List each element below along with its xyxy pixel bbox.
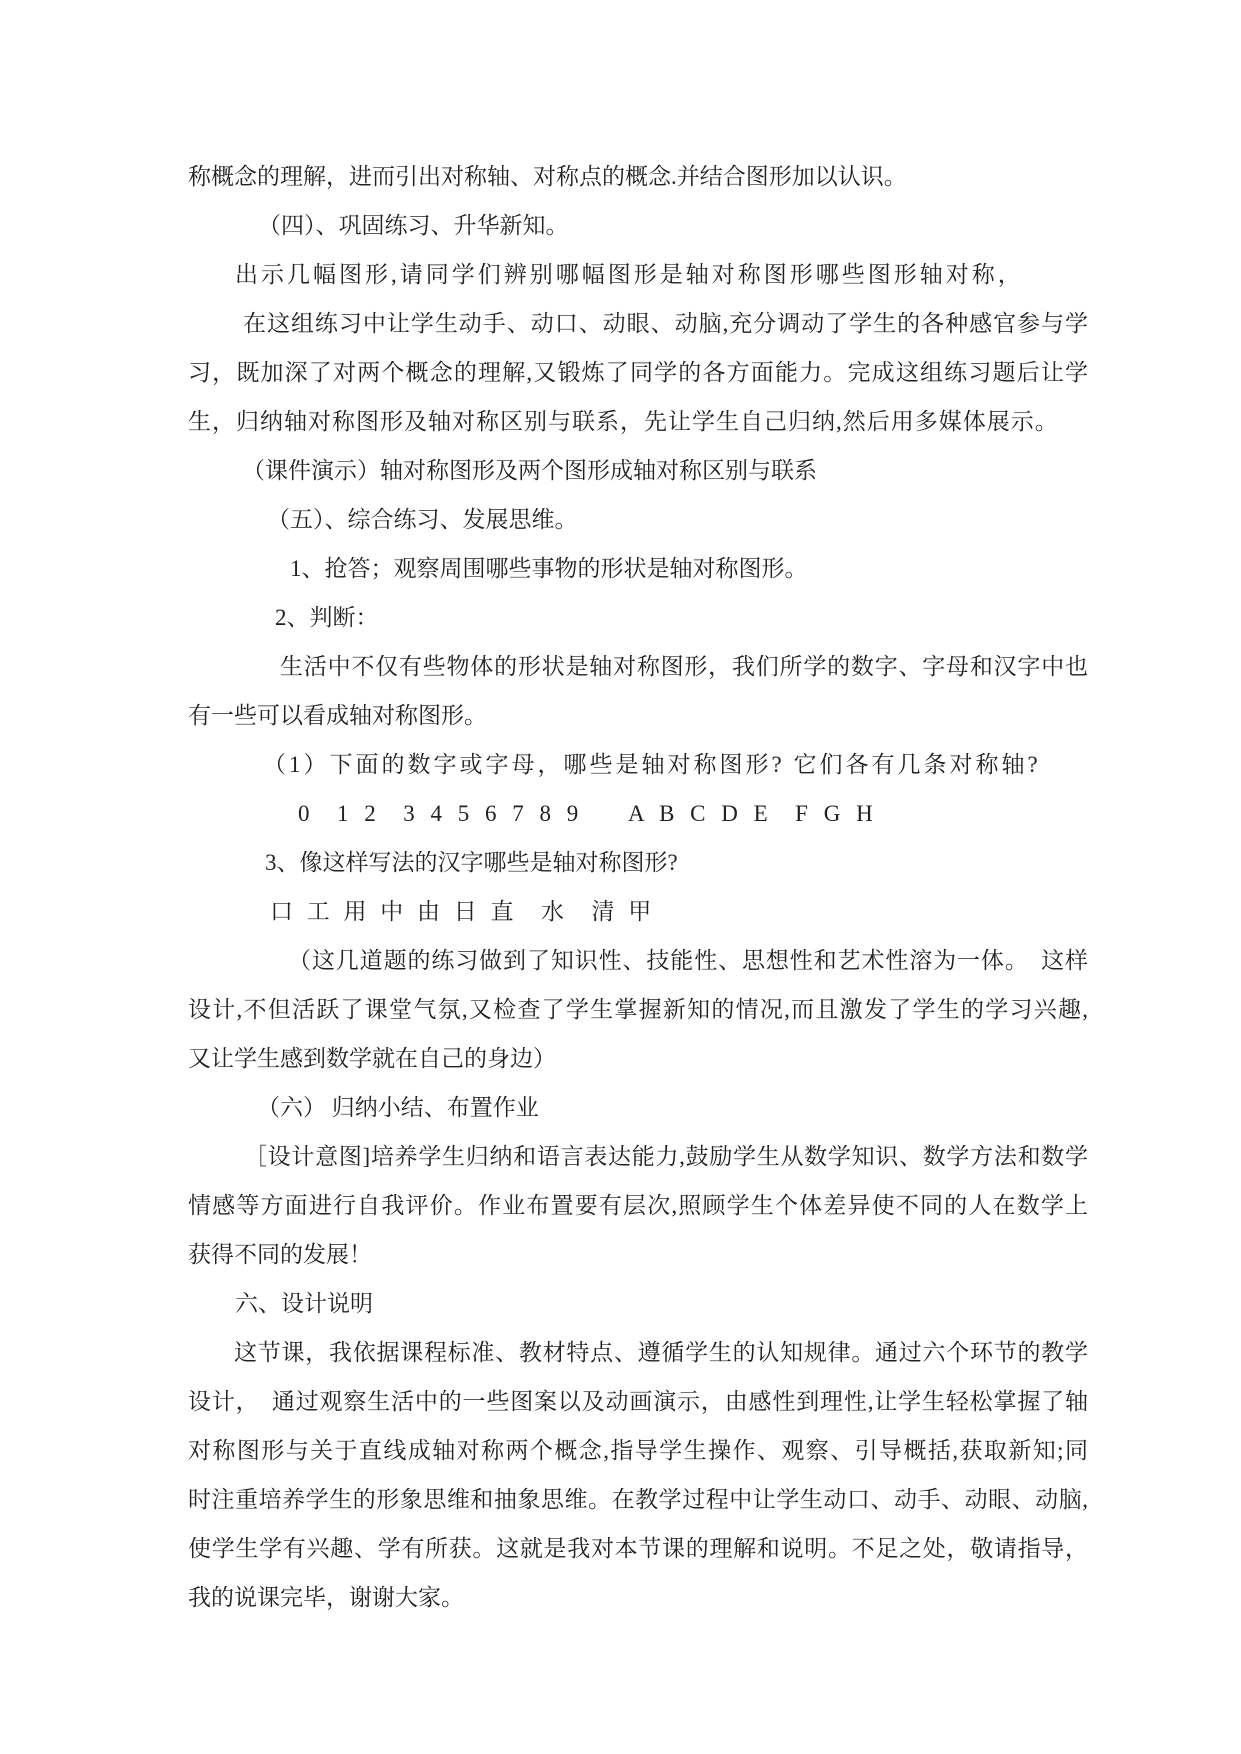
document-page: 称概念的理解，进而引出对称轴、对称点的概念.并结合图形加以认识。（四）、巩固练习… <box>0 0 1241 1754</box>
text-line: 称概念的理解，进而引出对称轴、对称点的概念.并结合图形加以认识。 <box>188 152 1088 201</box>
text-line: 在这组练习中让学生动手、动口、动眼、动脑,充分调动了学生的各种感官参与学 <box>188 299 1088 348</box>
text-line: 情感等方面进行自我评价。作业布置要有层次,照顾学生个体差异使不同的人在数学上 <box>188 1181 1088 1230</box>
text-line: 2、判断： <box>188 593 1088 642</box>
document-body: 称概念的理解，进而引出对称轴、对称点的概念.并结合图形加以认识。（四）、巩固练习… <box>0 0 1088 1622</box>
text-line: （1）下面的数字或字母，哪些是轴对称图形? 它们各有几条对称轴? <box>188 740 1088 789</box>
text-line: 对称图形与关于直线成轴对称两个概念,指导学生操作、观察、引导概括,获取新知;同 <box>188 1426 1088 1475</box>
text-line: 有一些可以看成轴对称图形。 <box>188 691 1088 740</box>
text-line: （这几道题的练习做到了知识性、技能性、思想性和艺术性溶为一体。 这样 <box>188 936 1088 985</box>
text-line: 口 工 用 中 由 日 直 水 清 甲 <box>188 887 1088 936</box>
text-line: 这节课，我依据课程标准、教材特点、遵循学生的认知规律。通过六个环节的教学 <box>188 1328 1088 1377</box>
text-line: 六、设计说明 <box>188 1279 1088 1328</box>
text-line: 设计， 通过观察生活中的一些图案以及动画演示，由感性到理性,让学生轻松掌握了轴 <box>188 1377 1088 1426</box>
text-line: 3、像这样写法的汉字哪些是轴对称图形? <box>188 838 1088 887</box>
text-line: 0 1 2 3 4 5 6 7 8 9 A B C D E F G H <box>188 789 1088 838</box>
text-line: （四）、巩固练习、升华新知。 <box>188 201 1088 250</box>
text-line: 我的说课完毕，谢谢大家。 <box>188 1573 1088 1622</box>
text-line: 习，既加深了对两个概念的理解,又锻炼了同学的各方面能力。完成这组练习题后让学 <box>188 348 1088 397</box>
text-line: 使学生学有兴趣、学有所获。这就是我对本节课的理解和说明。不足之处，敬请指导， <box>188 1524 1088 1573</box>
text-line: （课件演示）轴对称图形及两个图形成轴对称区别与联系 <box>188 446 1088 495</box>
text-line: （五）、综合练习、发展思维。 <box>188 495 1088 544</box>
text-line: 生，归纳轴对称图形及轴对称区别与联系，先让学生自己归纳,然后用多媒体展示。 <box>188 397 1088 446</box>
text-line: （六） 归纳小结、布置作业 <box>188 1083 1088 1132</box>
text-line: 出示几幅图形,请同学们辨别哪幅图形是轴对称图形哪些图形轴对称， <box>188 250 1088 299</box>
text-line: 生活中不仅有些物体的形状是轴对称图形，我们所学的数字、字母和汉字中也 <box>188 642 1088 691</box>
text-line: 1、抢答；观察周围哪些事物的形状是轴对称图形。 <box>188 544 1088 593</box>
text-line: 时注重培养学生的形象思维和抽象思维。在教学过程中让学生动口、动手、动眼、动脑, <box>188 1475 1088 1524</box>
text-line: ［设计意图]培养学生归纳和语言表达能力,鼓励学生从数学知识、数学方法和数学 <box>188 1132 1088 1181</box>
text-line: 获得不同的发展！ <box>188 1230 1088 1279</box>
text-line: 设计,不但活跃了课堂气氛,又检查了学生掌握新知的情况,而且激发了学生的学习兴趣, <box>188 985 1088 1034</box>
text-line: 又让学生感到数学就在自己的身边） <box>188 1034 1088 1083</box>
